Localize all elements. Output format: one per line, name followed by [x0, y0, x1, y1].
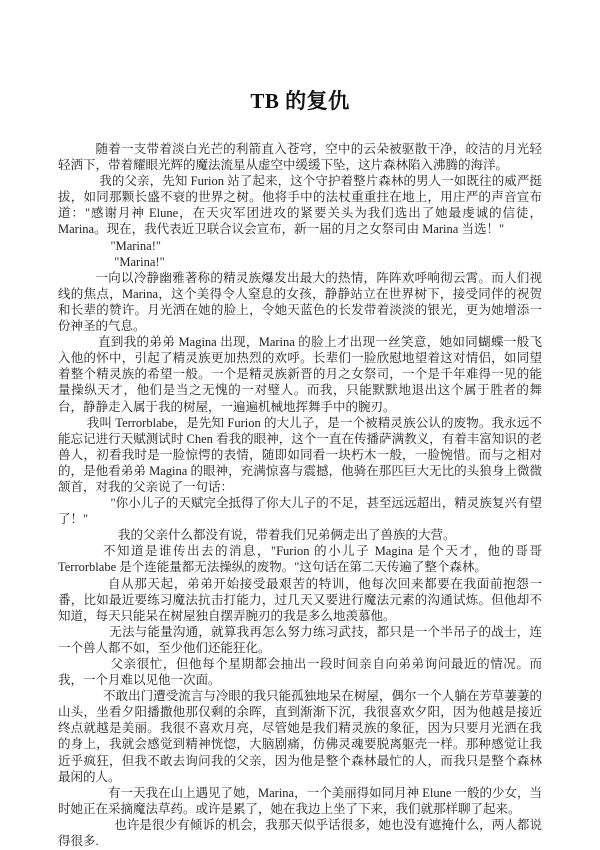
paragraph: 我叫 Terrorblabe，是先知 Furion 的大儿子，是一个被精灵族公认…: [58, 415, 542, 495]
paragraph: 也许是很少有倾诉的机会，我那天似乎话很多，她也没有遮掩什么，两人都说得很多.: [58, 817, 542, 849]
paragraph: 我的父亲，先知 Furion 站了起来，这个守护着整片森林的男人一如既往的威严挺…: [58, 173, 542, 237]
paragraph: 不敢出门遭受流言与冷眼的我只能孤独地呆在树屋，偶尔一个人躺在芳草萋萋的山头，坐看…: [58, 688, 542, 785]
paragraph: 直到我的弟弟 Magina 出现，Marina 的脸上才出现一丝笑意，她如同蝴蝶…: [58, 334, 542, 414]
document-title: TB 的复仇: [0, 0, 600, 116]
document-page: TB 的复仇 随着一支带着淡白光芒的利箭直入苍穹，空中的云朵被驱散干净，皎洁的月…: [0, 0, 600, 850]
paragraph: 一向以冷静幽雅著称的精灵族爆发出最大的热情，阵阵欢呼响彻云霄。而人们视线的焦点，…: [58, 270, 542, 334]
paragraph: 不知道是谁传出去的消息，"Furion 的小儿子 Magina 是个天才，他的哥…: [58, 543, 542, 575]
document-body: 随着一支带着淡白光芒的利箭直入苍穹，空中的云朵被驱散干净，皎洁的月光轻轻洒下，带…: [58, 141, 542, 849]
paragraph: "Marina!": [58, 254, 542, 270]
paragraph: 无法与能量沟通，就算我再怎么努力练习武技，都只是一个半吊子的战士，连一个兽人都不…: [58, 624, 542, 656]
paragraph: 我的父亲什么都没有说，带着我们兄弟俩走出了兽族的大营。: [58, 527, 542, 543]
paragraph: 自从那天起，弟弟开始接受最艰苦的特训，他每次回来都要在我面前抱怨一番，比如最近要…: [58, 576, 542, 624]
paragraph: 有一天我在山上遇见了她，Marina，一个美丽得如同月神 Elune 一般的少女…: [58, 785, 542, 817]
paragraph: 父亲很忙，但他每个星期都会抽出一段时间亲自向弟弟询问最近的情况。而我，一个月难以…: [58, 656, 542, 688]
paragraph: "你小儿子的天赋完全抵得了你大儿子的不足，甚至远远超出，精灵族复兴有望了！": [58, 495, 542, 527]
paragraph: "Marina!": [58, 238, 542, 254]
paragraph: 随着一支带着淡白光芒的利箭直入苍穹，空中的云朵被驱散干净，皎洁的月光轻轻洒下，带…: [58, 141, 542, 173]
